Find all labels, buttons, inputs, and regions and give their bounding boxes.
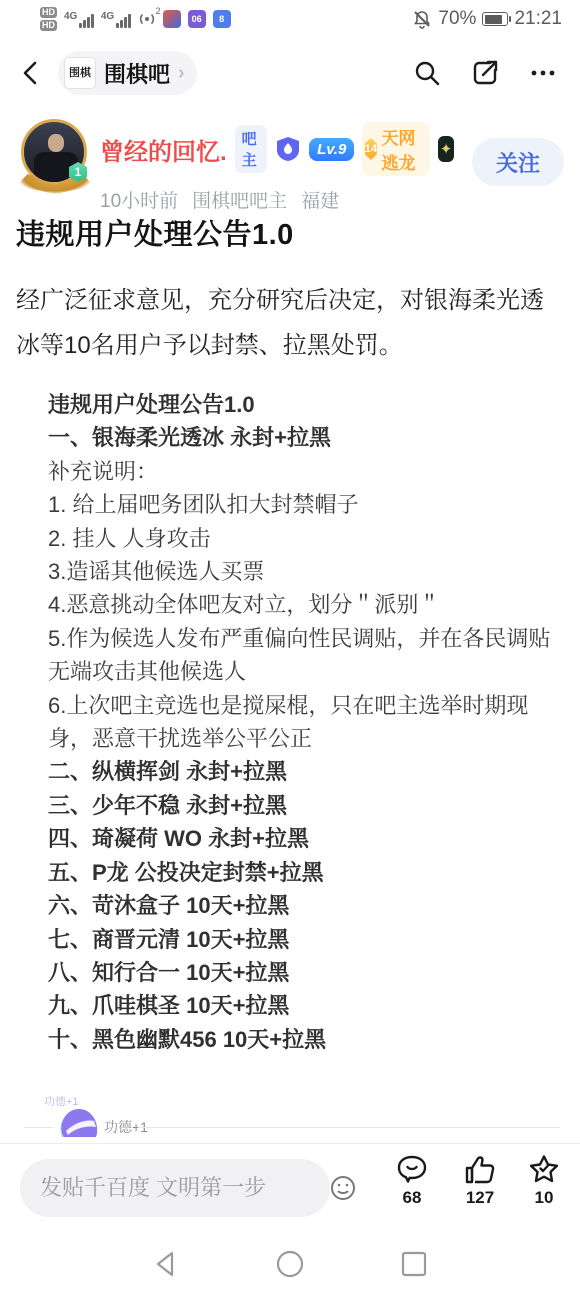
announcement-line: 补充说明： [48, 455, 562, 488]
nav-bar: 围棋 围棋吧 › [0, 40, 580, 106]
reply-input[interactable] [40, 1175, 328, 1201]
medal-number: 14 [364, 138, 377, 160]
forum-avatar: 围棋 [64, 57, 96, 89]
post-time: 10小时前 [100, 186, 178, 213]
medal-title: 天网逃龙 [381, 124, 422, 174]
announcement-line: 四、琦凝荷 WO 永封+拉黑 [48, 822, 562, 855]
emblem-badge-icon: ✦ [438, 136, 454, 162]
battery-icon [482, 12, 508, 26]
network-type-1: 4G [64, 11, 77, 22]
more-button[interactable] [528, 58, 558, 88]
author-location: 福建 [301, 186, 339, 213]
android-back-button[interactable] [150, 1248, 182, 1280]
post-meta: 10小时前 围棋吧吧主 福建 [100, 186, 454, 213]
post-body: 经广泛征求意见，充分研究后决定，对银海柔光透冰等10名用户予以封禁、拉黑处罚。 [16, 278, 566, 368]
author-role: 围棋吧吧主 [192, 186, 287, 213]
announcement-line: 二、纵横挥剑 永封+拉黑 [48, 755, 562, 788]
announcement-line: 3.造谣其他候选人买票 [48, 555, 562, 588]
follow-button[interactable]: 关注 [472, 138, 564, 186]
battery-percent: 70% [438, 8, 476, 30]
announcement-line: 八、知行合一 10天+拉黑 [48, 956, 562, 989]
announcement-line: 一、银海柔光透冰 永封+拉黑 [48, 421, 562, 454]
announcement-line: 违规用户处理公告1.0 [48, 388, 562, 421]
divider [138, 1127, 560, 1128]
divider [24, 1127, 54, 1128]
announcement-image[interactable]: 违规用户处理公告1.0一、银海柔光透冰 永封+拉黑补充说明：1. 给上届吧务团队… [48, 388, 562, 1056]
announcement-line: 2. 挂人 人身攻击 [48, 522, 562, 555]
share-button[interactable] [470, 58, 500, 88]
favorite-count: 10 [514, 1188, 574, 1208]
announcement-line: 三、少年不稳 永封+拉黑 [48, 789, 562, 822]
signal-sim1: 4G [64, 11, 94, 28]
hotspot-icon: 2 [138, 10, 156, 28]
chevron-right-icon: › [178, 62, 185, 85]
announcement-line: 九、爪哇棋圣 10天+拉黑 [48, 989, 562, 1022]
hotspot-count: 2 [156, 6, 161, 16]
signal-sim2: 4G [101, 11, 131, 28]
status-bar: HD HD 4G 4G 2 06 8 [0, 0, 580, 38]
tieba-post-screen: HD HD 4G 4G 2 06 8 [0, 0, 580, 1290]
favorite-button[interactable]: 10 [514, 1154, 574, 1208]
signal-bars-icon [116, 14, 131, 28]
post-title: 违规用户处理公告1.0 [16, 212, 564, 253]
announcement-line: 十、黑色幽默456 10天+拉黑 [48, 1023, 562, 1056]
wooden-fish-icon[interactable] [56, 1101, 102, 1141]
author-name[interactable]: 曾经的回忆. [100, 132, 227, 167]
author-avatar[interactable]: 1 [20, 118, 90, 196]
announcement-line: 五、P龙 公投决定封禁+拉黑 [48, 856, 562, 889]
forum-pill[interactable]: 围棋 围棋吧 › [58, 51, 197, 95]
announcement-line: 4.恶意挑动全体吧友对立，划分＂派别＂ [48, 588, 562, 621]
announcement-line: 5.作为候选人发布严重偏向性民调贴，并在各民调贴无端攻击其他候选人 [48, 622, 562, 689]
reply-input-pill[interactable] [20, 1159, 330, 1217]
forum-name: 围棋吧 [104, 58, 170, 89]
reply-toolbar: 68 127 10 [0, 1143, 580, 1238]
signal-bars-icon [79, 14, 94, 28]
clock-time: 21:21 [514, 8, 562, 30]
notification-app-icon-1 [163, 10, 181, 28]
announcement-line: 七、商晋元清 10天+拉黑 [48, 923, 562, 956]
level-badge: Lv.9 [309, 138, 354, 161]
merit-row: 功德+1 功德+1 [0, 1093, 580, 1143]
member-shield-icon [275, 136, 301, 162]
hd2-indicator: HD [40, 20, 57, 31]
back-button[interactable] [18, 60, 44, 86]
like-count: 127 [450, 1188, 510, 1208]
android-recents-button[interactable] [398, 1248, 430, 1280]
hd1-indicator: HD [40, 7, 57, 18]
comment-button[interactable]: 68 [382, 1154, 442, 1208]
like-button[interactable]: 127 [450, 1154, 510, 1208]
announcement-line: 6.上次吧主竞选也是搅屎棍，只在吧主选举时期现身，恶意干扰选举公平公正 [48, 689, 562, 756]
announcement-line: 1. 给上届吧务团队扣大封禁帽子 [48, 488, 562, 521]
notification-app-icon-2: 06 [188, 10, 206, 28]
notification-app-icon-3: 8 [213, 10, 231, 28]
network-type-2: 4G [101, 11, 114, 22]
moderator-badge: 吧主 [235, 125, 267, 173]
medal-badge: 14 天网逃龙 [362, 122, 430, 176]
comment-count: 68 [382, 1188, 442, 1208]
hd-indicators: HD HD [40, 7, 57, 31]
announcement-line: 六、苛沐盒子 10天+拉黑 [48, 889, 562, 922]
search-button[interactable] [412, 58, 442, 88]
author-row: 1 曾经的回忆. 吧主 Lv.9 14 天网逃龙 ✦ [20, 118, 564, 208]
android-nav-bar [0, 1238, 580, 1290]
android-home-button[interactable] [274, 1248, 306, 1280]
mute-bell-icon [412, 9, 432, 29]
emoji-icon[interactable] [328, 1173, 358, 1203]
